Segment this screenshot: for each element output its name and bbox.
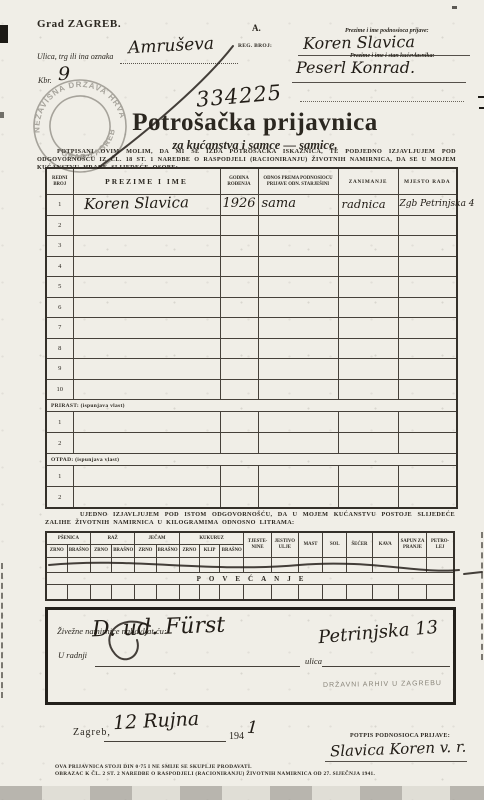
- subcol-zrno: ZRNO: [90, 545, 111, 558]
- shop-street-label: ulica: [305, 656, 322, 666]
- supply-cell: [427, 585, 454, 601]
- cell-name: Koren Slavica: [73, 195, 220, 216]
- col-header-sol: SOL: [323, 532, 347, 558]
- col-header-occupation: ZANIMANJE: [338, 168, 398, 195]
- cell-name: [73, 487, 220, 509]
- supplies-entry-row: [46, 558, 454, 573]
- cell-name: [73, 318, 220, 339]
- cell-name: [73, 412, 220, 433]
- supply-cell: [372, 558, 398, 573]
- cell-workplace: [398, 379, 457, 400]
- otpad-band-row: OTPAD: (ispunjava vlast): [46, 454, 457, 466]
- scan-artifact: [479, 107, 484, 109]
- supply-cell: [244, 585, 271, 601]
- cell-occupation: [338, 256, 398, 277]
- cell-relation: [258, 215, 338, 236]
- cell-occupation: radnica: [338, 195, 398, 216]
- supply-cell: [398, 585, 426, 601]
- col-header-jestivo-ulje: JESTIVO ULJE: [271, 532, 298, 558]
- supply-cell: [179, 558, 199, 573]
- supply-cell: [271, 585, 298, 601]
- cell-year: 1926: [220, 195, 258, 216]
- place-label: Zagreb,: [73, 727, 111, 738]
- supply-cell: [220, 558, 244, 573]
- cell-workplace: [398, 297, 457, 318]
- row-num: 1: [46, 195, 73, 216]
- cell-occupation: [338, 236, 398, 257]
- cell-workplace: Zgb Petrinjska 4: [398, 195, 457, 216]
- cell-occupation: [338, 277, 398, 298]
- scan-artifact: [452, 6, 457, 9]
- subcol-brasno: BRAŠNO: [112, 545, 135, 558]
- series-letter: A.: [252, 23, 261, 33]
- subcol-klip: KLIP: [199, 545, 219, 558]
- col-group-jecam: JEČAM: [135, 532, 179, 545]
- cell-workplace: [398, 277, 457, 298]
- footer-line-1: OVA PRIJAVNICA STOJI DIN 0·75 I NE SMIJE…: [55, 764, 415, 771]
- supply-cell: [67, 558, 90, 573]
- cell-occupation: [338, 215, 398, 236]
- cell-occupation: [338, 338, 398, 359]
- members-header-row: REDNI BROJ PREZIME I IME GODINA ROĐENJA …: [46, 168, 457, 195]
- street-field-label: Ulica, trg ili ina oznaka: [37, 52, 113, 61]
- cell-relation: [258, 433, 338, 454]
- row-num: 2: [46, 215, 73, 236]
- shop-name-handwritten: D. ud. Fürst: [92, 613, 226, 643]
- row-num: 1: [46, 412, 73, 433]
- supply-cell: [427, 558, 454, 573]
- shop-street-rule: [322, 666, 450, 667]
- cell-name: [73, 433, 220, 454]
- cell-year: [220, 359, 258, 380]
- cell-name: [73, 359, 220, 380]
- col-header-tjestenine: TJESTE-NINE: [244, 532, 271, 558]
- scan-artifact: [0, 25, 8, 43]
- scan-perforation-marks: [481, 532, 483, 660]
- cell-workplace: [398, 215, 457, 236]
- table-row: 8: [46, 338, 457, 359]
- col-group-raz: RAŽ: [90, 532, 134, 545]
- supply-cell: [90, 585, 111, 601]
- row-num: 6: [46, 297, 73, 318]
- cell-name: [73, 215, 220, 236]
- row-num: 8: [46, 338, 73, 359]
- scan-perforation-marks: [1, 563, 3, 698]
- col-header-name: PREZIME I IME: [73, 168, 220, 195]
- stroke-tail: [464, 572, 482, 574]
- scan-artifact: [0, 112, 4, 118]
- cell-workplace: [398, 256, 457, 277]
- row-num: 4: [46, 256, 73, 277]
- cell-relation: [258, 359, 338, 380]
- subcol-zrno: ZRNO: [179, 545, 199, 558]
- subcol-brasno: BRAŠNO: [67, 545, 90, 558]
- supply-cell: [90, 558, 111, 573]
- supply-cell: [323, 585, 347, 601]
- col-group-psenica: PŠENICA: [46, 532, 90, 545]
- cell-name: [73, 466, 220, 487]
- cell-relation: [258, 318, 338, 339]
- supplies-group-header-row: PŠENICA RAŽ JEČAM KUKURUZ TJESTE-NINE JE…: [46, 532, 454, 545]
- supply-cell: [156, 558, 179, 573]
- cell-year: [220, 487, 258, 509]
- table-row: 7: [46, 318, 457, 339]
- city-label: Grad ZAGREB.: [37, 18, 121, 30]
- cell-relation: [258, 236, 338, 257]
- occupation-handwritten: radnica: [339, 197, 398, 211]
- prirast-label: PRIRAST: (ispunjava vlast): [46, 400, 457, 412]
- subcol-zrno: ZRNO: [135, 545, 156, 558]
- cell-name: [73, 379, 220, 400]
- supply-cell: [323, 558, 347, 573]
- cell-relation: [258, 487, 338, 509]
- cell-year: [220, 379, 258, 400]
- subcol-zrno: ZRNO: [46, 545, 67, 558]
- cell-workplace: [398, 338, 457, 359]
- row-num: 3: [46, 236, 73, 257]
- cell-occupation: [338, 379, 398, 400]
- table-row: 5: [46, 277, 457, 298]
- cell-occupation: [338, 318, 398, 339]
- supply-cell: [298, 558, 322, 573]
- table-row: 6: [46, 297, 457, 318]
- supply-cell: [199, 585, 219, 601]
- supply-cell: [372, 585, 398, 601]
- cell-workplace: [398, 487, 457, 509]
- supply-cell: [298, 585, 322, 601]
- table-row: 3: [46, 236, 457, 257]
- street-handwritten-value: Amruševa: [128, 34, 215, 58]
- date-handwritten: 12 Rujna: [112, 708, 199, 734]
- cell-occupation: [338, 487, 398, 509]
- supply-cell: [244, 558, 271, 573]
- cell-workplace: [398, 466, 457, 487]
- supply-cell: [67, 585, 90, 601]
- subcol-brasno: BRAŠNO: [156, 545, 179, 558]
- relation-handwritten: sama: [259, 196, 338, 211]
- supply-cell: [179, 585, 199, 601]
- street-field-rule: [120, 63, 238, 64]
- form-title: Potrošačka prijavnica: [105, 110, 405, 136]
- year-printed: 194: [229, 731, 244, 742]
- supply-cell: [46, 558, 67, 573]
- registration-number-handwritten: 334225: [195, 80, 283, 111]
- cell-workplace: [398, 433, 457, 454]
- povecanje-label: POVEĆANJE: [46, 573, 454, 585]
- cell-workplace: [398, 318, 457, 339]
- col-header-petrolej: PETRO-LEJ: [427, 532, 454, 558]
- cell-year: [220, 277, 258, 298]
- povecanje-band-row: POVEĆANJE: [46, 573, 454, 585]
- col-group-kukuruz: KUKURUZ: [179, 532, 244, 545]
- supply-cell: [199, 558, 219, 573]
- date-rule: [104, 741, 226, 742]
- col-header-relation: ODNOS PREMA PODNOSIOCU PRIJAVE ODN. STAR…: [258, 168, 338, 195]
- row-num: 9: [46, 359, 73, 380]
- supply-cell: [112, 585, 135, 601]
- table-row: 9: [46, 359, 457, 380]
- prirast-row: 1: [46, 412, 457, 433]
- shop-field-label: U radnji: [58, 650, 87, 660]
- cell-relation: sama: [258, 195, 338, 216]
- supply-cell: [271, 558, 298, 573]
- reg-broj-label: REG. BROJ:: [238, 43, 272, 49]
- col-header-mast: MAST: [298, 532, 322, 558]
- cell-occupation: [338, 412, 398, 433]
- otpad-label: OTPAD: (ispunjava vlast): [46, 454, 457, 466]
- cell-year: [220, 338, 258, 359]
- shop-field-rule: [95, 666, 300, 667]
- cell-year: [220, 256, 258, 277]
- name-handwritten: Koren Slavica: [73, 193, 219, 214]
- cell-name: [73, 256, 220, 277]
- cell-relation: [258, 379, 338, 400]
- landlord-name-rule: [292, 82, 466, 83]
- cell-relation: [258, 412, 338, 433]
- cell-occupation: [338, 297, 398, 318]
- applicant-name-handwritten: Koren Slavica: [303, 32, 415, 53]
- scan-bottom-smear: [0, 786, 484, 800]
- table-row: 1 Koren Slavica 1926 sama radnica Zgb Pe…: [46, 195, 457, 216]
- supply-cell: [112, 558, 135, 573]
- supply-cell: [347, 585, 372, 601]
- food-supplies-table: PŠENICA RAŽ JEČAM KUKURUZ TJESTE-NINE JE…: [45, 531, 455, 601]
- subcol-brasno: BRAŠNO: [220, 545, 244, 558]
- household-members-table: REDNI BROJ PREZIME I IME GODINA ROĐENJA …: [45, 167, 458, 509]
- cell-year: [220, 318, 258, 339]
- col-header-year: GODINA ROĐENJA: [220, 168, 258, 195]
- col-header-workplace: MJESTO RADA: [398, 168, 457, 195]
- row-num: 7: [46, 318, 73, 339]
- workplace-handwritten: Zgb Petrinjska 4: [399, 199, 457, 209]
- otpad-row: 1: [46, 466, 457, 487]
- footer-line-2: OBRAZAC K ČL. 2 ST. 2 NAREDBE O RASPODJE…: [55, 771, 415, 778]
- supply-cell: [135, 558, 156, 573]
- empty-rule: [300, 101, 464, 102]
- cell-occupation: [338, 466, 398, 487]
- cell-relation: [258, 338, 338, 359]
- signature-handwritten: Slavica Koren v. r.: [330, 738, 467, 761]
- row-num: 10: [46, 379, 73, 400]
- cell-relation: [258, 277, 338, 298]
- supplies-entry-row: [46, 585, 454, 601]
- supply-cell: [398, 558, 426, 573]
- cell-year: [220, 412, 258, 433]
- cell-year: [220, 215, 258, 236]
- cell-relation: [258, 297, 338, 318]
- row-num: 2: [46, 433, 73, 454]
- cell-workplace: [398, 236, 457, 257]
- cell-occupation: [338, 359, 398, 380]
- footer-fine-print: OVA PRIJAVNICA STOJI DIN 0·75 I NE SMIJE…: [55, 764, 415, 778]
- scan-artifact: [478, 96, 484, 98]
- cell-year: [220, 236, 258, 257]
- cell-relation: [258, 256, 338, 277]
- year-handwritten: 1926: [221, 196, 258, 211]
- supply-cell: [156, 585, 179, 601]
- cell-workplace: [398, 359, 457, 380]
- signature-rule: [325, 761, 467, 762]
- col-header-kava: KAVA: [372, 532, 398, 558]
- col-header-num: REDNI BROJ: [46, 168, 73, 195]
- landlord-name-handwritten: Peserl Konrad.: [296, 58, 415, 77]
- supply-cell: [347, 558, 372, 573]
- col-header-secer: ŠEĆER: [347, 532, 372, 558]
- prirast-band-row: PRIRAST: (ispunjava vlast): [46, 400, 457, 412]
- table-row: 4: [46, 256, 457, 277]
- table-row: 2: [46, 215, 457, 236]
- scanned-form-page: Grad ZAGREB. A. REG. BROJ: Ulica, trg il…: [0, 0, 484, 800]
- cell-year: [220, 433, 258, 454]
- cell-occupation: [338, 433, 398, 454]
- form-title-block: Potrošačka prijavnica za kućanstva i sam…: [105, 110, 405, 153]
- supply-cell: [220, 585, 244, 601]
- cell-name: [73, 236, 220, 257]
- supplies-declaration-text: UJEDNO IZJAVLJUJEM POD ISTOM ODGOVORNOŠĆ…: [45, 511, 455, 527]
- row-num: 2: [46, 487, 73, 509]
- table-row: 10: [46, 379, 457, 400]
- prirast-row: 2: [46, 433, 457, 454]
- cell-workplace: [398, 412, 457, 433]
- year-digit-handwritten: 1: [246, 718, 258, 739]
- supply-cell: [46, 585, 67, 601]
- cell-name: [73, 277, 220, 298]
- row-num: 5: [46, 277, 73, 298]
- otpad-row: 2: [46, 487, 457, 509]
- col-header-sapun: SAPUN ZA PRANJE: [398, 532, 426, 558]
- cell-name: [73, 338, 220, 359]
- cell-year: [220, 297, 258, 318]
- supply-cell: [135, 585, 156, 601]
- cell-relation: [258, 466, 338, 487]
- row-num: 1: [46, 466, 73, 487]
- cell-name: [73, 297, 220, 318]
- cell-year: [220, 466, 258, 487]
